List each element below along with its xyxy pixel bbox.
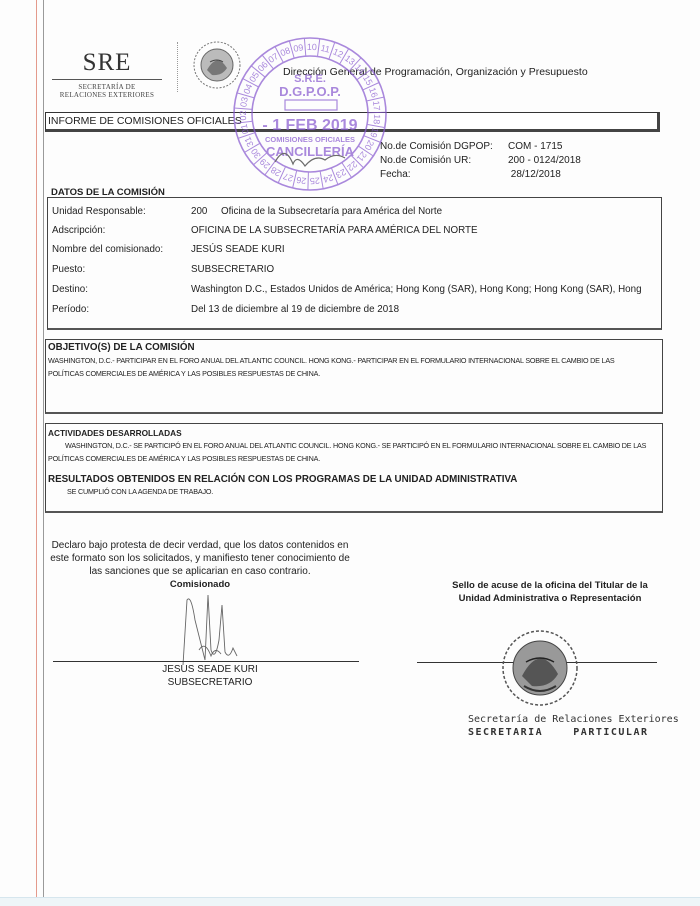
svg-text:01: 01 <box>239 123 251 135</box>
svg-text:COMISIONES OFICIALES: COMISIONES OFICIALES <box>265 135 355 144</box>
svg-text:10: 10 <box>307 42 317 52</box>
declaration-text: Declaro bajo protesta de decir verdad, q… <box>50 539 350 578</box>
commission-value: COM - 1715 <box>508 140 562 154</box>
svg-text:26: 26 <box>296 175 307 186</box>
svg-text:18: 18 <box>371 114 382 125</box>
datos-value: JESÚS SEADE KURI <box>191 244 285 255</box>
commission-label: No.de Comisión UR: <box>380 154 508 168</box>
datos-table: Unidad Responsable: 200 Oficina de la Su… <box>47 197 662 330</box>
svg-text:08: 08 <box>279 45 292 58</box>
datos-row: Período: Del 13 de diciembre al 19 de di… <box>52 304 399 315</box>
svg-text:11: 11 <box>320 43 331 55</box>
datos-row: Puesto: SUBSECRETARIO <box>52 264 274 275</box>
stamp-line-2: SECRETARIA PARTICULAR <box>468 726 679 739</box>
objetivo-heading: OBJETIVO(S) DE LA COMISIÓN <box>48 342 195 353</box>
acknowledgement-label: Sello de acuse de la oficina del Titular… <box>400 579 700 605</box>
datos-label: Unidad Responsable: <box>52 206 191 217</box>
page-bottom-edge <box>0 897 700 906</box>
svg-text:04: 04 <box>241 82 254 95</box>
office-stamp-text: Secretaría de Relaciones Exteriores SECR… <box>468 713 679 739</box>
signer-name: JESUS SEADE KURI <box>130 663 290 676</box>
resultados-text: SE CUMPLIÓ CON LA AGENDA DE TRABAJO. <box>67 487 213 496</box>
stamp-line-1: Secretaría de Relaciones Exteriores <box>468 713 679 726</box>
sre-logo: SRE SECRETARÍA DE RELACIONES EXTERIORES <box>52 50 162 99</box>
margin-line-gray <box>43 0 44 897</box>
datos-value: Del 13 de diciembre al 19 de diciembre d… <box>191 304 399 315</box>
commission-label: Fecha: <box>380 168 508 182</box>
datos-label: Período: <box>52 304 191 315</box>
ack-line-1: Sello de acuse de la oficina del Titular… <box>400 579 700 592</box>
margin-line-red <box>36 0 37 897</box>
svg-text:24: 24 <box>322 172 334 184</box>
actividades-section: ACTIVIDADES DESARROLLADAS WASHINGTON, D.… <box>45 423 663 513</box>
datos-row: Destino: Washington D.C., Estados Unidos… <box>52 284 642 295</box>
objetivo-section: OBJETIVO(S) DE LA COMISIÓN WASHINGTON, D… <box>45 339 663 414</box>
datos-label: Puesto: <box>52 264 191 275</box>
commission-row: No.de Comisión UR: 200 - 0124/2018 <box>380 154 581 168</box>
commission-value: 28/12/2018 <box>508 168 561 182</box>
commission-row: No.de Comisión DGPOP: COM - 1715 <box>380 140 581 154</box>
datos-value: Washington D.C., Estados Unidos de Améri… <box>191 284 642 295</box>
svg-text:03: 03 <box>238 96 250 108</box>
received-date-stamp: 0910111213141516171819202122232425262728… <box>225 34 395 194</box>
datos-label: Destino: <box>52 284 191 295</box>
commission-row: Fecha: 28/12/2018 <box>380 168 581 182</box>
national-seal-stamp-icon <box>500 628 580 708</box>
svg-text:D.G.P.O.P.: D.G.P.O.P. <box>279 84 341 99</box>
svg-text:17: 17 <box>371 100 382 111</box>
header-separator <box>177 42 178 92</box>
datos-row: Unidad Responsable: 200 Oficina de la Su… <box>52 206 442 217</box>
signer-block: JESUS SEADE KURI SUBSECRETARIO <box>130 663 290 689</box>
actividades-heading: ACTIVIDADES DESARROLLADAS <box>48 428 182 438</box>
report-title: INFORME DE COMISIONES OFICIALES <box>48 115 242 127</box>
datos-value: SUBSECRETARIO <box>191 264 274 275</box>
declaration: Declaro bajo protesta de decir verdad, q… <box>50 539 350 591</box>
svg-text:09: 09 <box>293 42 305 54</box>
svg-text:02: 02 <box>238 110 248 120</box>
svg-text:19: 19 <box>368 126 380 138</box>
logo-line-1: SECRETARÍA DE <box>52 83 162 91</box>
resultados-heading: RESULTADOS OBTENIDOS EN RELACIÓN CON LOS… <box>48 474 517 485</box>
signature-line <box>53 661 359 662</box>
commission-label: No.de Comisión DGPOP: <box>380 140 508 154</box>
commission-info: No.de Comisión DGPOP: COM - 1715 No.de C… <box>380 140 581 182</box>
datos-label: Adscripción: <box>52 225 191 236</box>
logo-acronym: SRE <box>52 50 162 76</box>
logo-rule <box>52 79 162 80</box>
objetivo-text: WASHINGTON, D.C.- PARTICIPAR EN EL FORO … <box>48 354 648 380</box>
datos-label: Nombre del comisionado: <box>52 244 191 255</box>
svg-text:27: 27 <box>282 171 295 184</box>
datos-row: Nombre del comisionado: JESÚS SEADE KURI <box>52 244 285 255</box>
signer-position: SUBSECRETARIO <box>130 676 290 689</box>
datos-row: Adscripción: OFICINA DE LA SUBSECRETARÍA… <box>52 225 478 236</box>
logo-line-2: RELACIONES EXTERIORES <box>52 91 162 99</box>
ack-line-2: Unidad Administrativa o Representación <box>400 592 700 605</box>
commission-value: 200 - 0124/2018 <box>508 154 581 168</box>
datos-value: OFICINA DE LA SUBSECRETARÍA PARA AMÉRICA… <box>191 225 478 236</box>
svg-text:25: 25 <box>310 175 321 186</box>
svg-text:- 1 FEB 2019: - 1 FEB 2019 <box>262 117 357 134</box>
datos-value: 200 Oficina de la Subsecretaría para Amé… <box>191 206 442 217</box>
svg-text:16: 16 <box>367 86 380 99</box>
actividades-text: WASHINGTON, D.C.- SE PARTICIPÓ EN EL FOR… <box>48 439 648 465</box>
handwritten-signature <box>175 590 245 670</box>
